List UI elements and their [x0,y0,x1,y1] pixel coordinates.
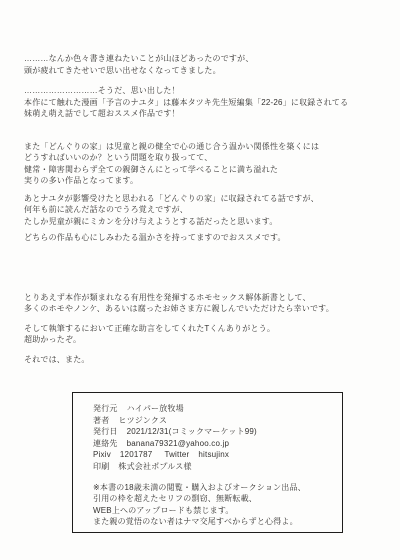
afterword-line: ………なんか色々書き連ねたいことが山ほどあったのですが、 [24,53,376,65]
contact-label: 連絡先 [93,438,118,450]
afterword-line: 多くのホモやノンケ、あるいは腐ったお姉さま方に親しんでいただけたら幸いです。 [24,303,376,315]
afterword-line: あとナユタが影響受けたと思われる「どんぐりの家」に収録されてる話ですが、 [24,193,376,205]
colophon-row-publish-date: 発行日2021/12/31(コミックマーケット99) [93,426,332,438]
disclaimer-line: 引用の枠を超えたセリフの剽窃、無断転載、 [93,493,332,505]
printer-value: 株式会社ポプルス様 [118,462,191,471]
colophon-row-social: Pixiv1201787Twitterhitsujinx [93,449,332,461]
colophon-row-contact: 連絡先banana79321@yahoo.co.jp [93,438,332,450]
pixiv-label: Pixiv [93,449,111,461]
colophon-row-author: 著者ヒツジンクス [93,415,332,427]
colophon-row-printer: 印刷株式会社ポプルス様 [93,461,332,473]
pixiv-id: 1201787 [120,450,153,459]
publisher-label: 発行元 [93,403,118,415]
afterword-line: 頭が疲れてきたせいで思い出せなくなってきました。 [24,65,376,77]
afterword-paragraph: そして執筆するにおいて正確な助言をしてくれたTくんありがとう。 超助かったぞ。 [24,323,376,346]
publisher-value: ハイパー放牧場 [127,404,184,413]
contact-email: banana79321@yahoo.co.jp [127,439,230,448]
afterword-line: ………………………そうだ、思い出した！ [24,85,376,97]
colophon-box: 発行元ハイパー放牧場 著者ヒツジンクス 発行日2021/12/31(コミックマー… [72,392,343,533]
publish-date-label: 発行日 [93,426,118,438]
twitter-label: Twitter [164,449,189,461]
afterword-line: それでは、また。 [24,354,376,366]
afterword-paragraph: どちらの作品も心にしみわたる温かさを持ってますのでおススメです。 [24,232,376,244]
afterword-paragraph: あとナユタが影響受けたと思われる「どんぐりの家」に収録されてる話ですが、 何年も… [24,193,376,228]
afterword-line: どちらの作品も心にしみわたる温かさを持ってますのでおススメです。 [24,232,376,244]
afterword-line: 妹萌え萌え話でして超おススメ作品です！ [24,108,376,120]
disclaimer-line: また親の覚悟のない者はナマ交尾すべからずと心得よ。 [93,516,332,528]
afterword-line: 実りの多い作品となってます。 [24,175,376,187]
afterword-line: とりあえず本作が類まれなる有用性を発揮するホモセックス解体新書として、 [24,292,376,304]
afterword-line: たしか児童が親にミカンを分け与えようとする話だったと思います。 [24,216,376,228]
afterword-line: 本作にて触れた漫画「予言のナユタ」は藤本タツキ先生短編集「22-26」に収録され… [24,97,376,109]
afterword-line: 超助かったぞ。 [24,334,376,346]
printer-label: 印刷 [93,461,109,473]
disclaimer-line: ※本書の18歳未満の閲覧・購入およびオークション出品、 [93,482,332,494]
afterword-line: どうすればいいのか？という問題を取り扱ってて、 [24,152,376,164]
author-value: ヒツジンクス [118,416,167,425]
afterword-paragraph: ………………………そうだ、思い出した！ 本作にて触れた漫画「予言のナユタ」は藤本… [24,85,376,120]
disclaimer-line: WEB上へのアップロードも禁じます。 [93,505,332,517]
disclaimer-notice: ※本書の18歳未満の閲覧・購入およびオークション出品、 引用の枠を超えたセリフの… [93,482,332,528]
afterword-line: 健常・障害関わらず全ての親御さんにとって学べることに満ち溢れた [24,164,376,176]
afterword-line: そして執筆するにおいて正確な助言をしてくれたTくんありがとう。 [24,323,376,335]
afterword-paragraph: また「どんぐりの家」は児童と親の健全で心の通じ合う温かい関係性を築くには どうす… [24,141,376,187]
afterword-line: また「どんぐりの家」は児童と親の健全で心の通じ合う温かい関係性を築くには [24,141,376,153]
afterword-closing-line: それでは、また。 [24,354,376,366]
afterword-paragraph: とりあえず本作が類まれなる有用性を発揮するホモセックス解体新書として、 多くのホ… [24,292,376,315]
publish-date-value: 2021/12/31(コミックマーケット99) [127,427,257,436]
colophon-row-publisher: 発行元ハイパー放牧場 [93,403,332,415]
afterword-paragraph: ………なんか色々書き連ねたいことが山ほどあったのですが、 頭が疲れてきたせいで思… [24,53,376,76]
scanned-afterword-page: ………なんか色々書き連ねたいことが山ほどあったのですが、 頭が疲れてきたせいで思… [0,0,400,560]
twitter-handle: hitsujinx [198,450,229,459]
afterword-line: 何年も前に読んだ話なのでうろ覚えですが、 [24,204,376,216]
afterword-text-block: ………なんか色々書き連ねたいことが山ほどあったのですが、 頭が疲れてきたせいで思… [24,53,376,365]
author-label: 著者 [93,415,109,427]
